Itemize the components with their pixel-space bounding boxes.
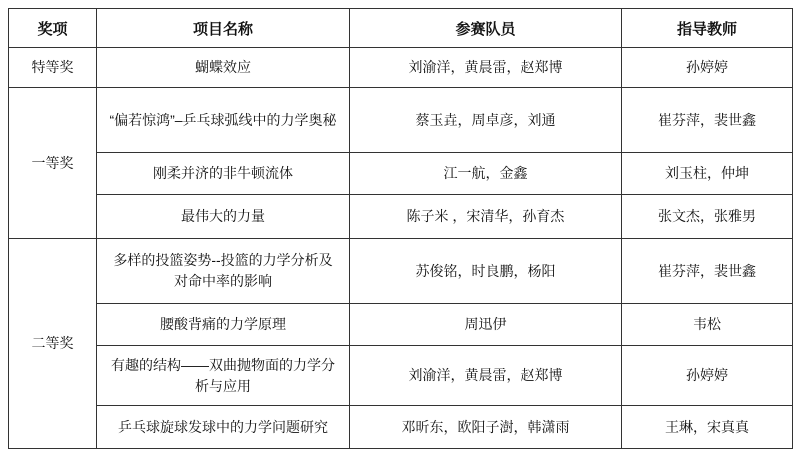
header-award: 奖项: [9, 9, 97, 48]
teachers-cell: 孙婷婷: [622, 346, 793, 406]
project-cell: 乒乓球旋球发球中的力学问题研究: [97, 406, 350, 449]
header-row: 奖项 项目名称 参赛队员 指导教师: [9, 9, 793, 48]
teachers-cell: 崔芬萍，裴世鑫: [622, 239, 793, 304]
page: 奖项 项目名称 参赛队员 指导教师 特等奖 蝴蝶效应 刘渝洋，黄晨雷，赵郑博 孙…: [0, 0, 798, 456]
members-cell: 刘渝洋，黄晨雷，赵郑博: [350, 346, 622, 406]
members-cell: 陈子米 ，宋清华，孙育杰: [350, 195, 622, 239]
teachers-cell: 韦松: [622, 304, 793, 346]
header-teachers: 指导教师: [622, 9, 793, 48]
members-cell: 周迅伊: [350, 304, 622, 346]
header-project: 项目名称: [97, 9, 350, 48]
project-cell: 蝴蝶效应: [97, 48, 350, 88]
teachers-cell: 张文杰，张雅男: [622, 195, 793, 239]
table-row: 二等奖 多样的投篮姿势--投篮的力学分析及对命中率的影响 苏俊铭，时良鹏，杨阳 …: [9, 239, 793, 304]
project-cell: 有趣的结构——双曲抛物面的力学分析与应用: [97, 346, 350, 406]
members-cell: 江一航，金鑫: [350, 153, 622, 195]
teachers-cell: 孙婷婷: [622, 48, 793, 88]
table-row: 乒乓球旋球发球中的力学问题研究 邓昕东，欧阳子澍，韩潇雨 王琳，宋真真: [9, 406, 793, 449]
teachers-cell: 王琳，宋真真: [622, 406, 793, 449]
project-cell: 刚柔并济的非牛顿流体: [97, 153, 350, 195]
award-cell: 二等奖: [9, 239, 97, 449]
header-members: 参赛队员: [350, 9, 622, 48]
members-cell: 蔡玉垚，周卓彦，刘通: [350, 88, 622, 153]
table-row: 刚柔并济的非牛顿流体 江一航，金鑫 刘玉柱，仲坤: [9, 153, 793, 195]
table-row: 有趣的结构——双曲抛物面的力学分析与应用 刘渝洋，黄晨雷，赵郑博 孙婷婷: [9, 346, 793, 406]
project-cell: 最伟大的力量: [97, 195, 350, 239]
table-row: 特等奖 蝴蝶效应 刘渝洋，黄晨雷，赵郑博 孙婷婷: [9, 48, 793, 88]
table-row: 腰酸背痛的力学原理 周迅伊 韦松: [9, 304, 793, 346]
members-cell: 苏俊铭，时良鹏，杨阳: [350, 239, 622, 304]
project-cell: 多样的投篮姿势--投篮的力学分析及对命中率的影响: [97, 239, 350, 304]
award-cell: 特等奖: [9, 48, 97, 88]
teachers-cell: 刘玉柱，仲坤: [622, 153, 793, 195]
award-cell: 一等奖: [9, 88, 97, 239]
project-cell: 腰酸背痛的力学原理: [97, 304, 350, 346]
members-cell: 邓昕东，欧阳子澍，韩潇雨: [350, 406, 622, 449]
table-row: 一等奖 “偏若惊鸿”–乒乓球弧线中的力学奥秘 蔡玉垚，周卓彦，刘通 崔芬萍，裴世…: [9, 88, 793, 153]
project-cell: “偏若惊鸿”–乒乓球弧线中的力学奥秘: [97, 88, 350, 153]
awards-table: 奖项 项目名称 参赛队员 指导教师 特等奖 蝴蝶效应 刘渝洋，黄晨雷，赵郑博 孙…: [8, 8, 793, 449]
table-row: 最伟大的力量 陈子米 ，宋清华，孙育杰 张文杰，张雅男: [9, 195, 793, 239]
teachers-cell: 崔芬萍，裴世鑫: [622, 88, 793, 153]
members-cell: 刘渝洋，黄晨雷，赵郑博: [350, 48, 622, 88]
